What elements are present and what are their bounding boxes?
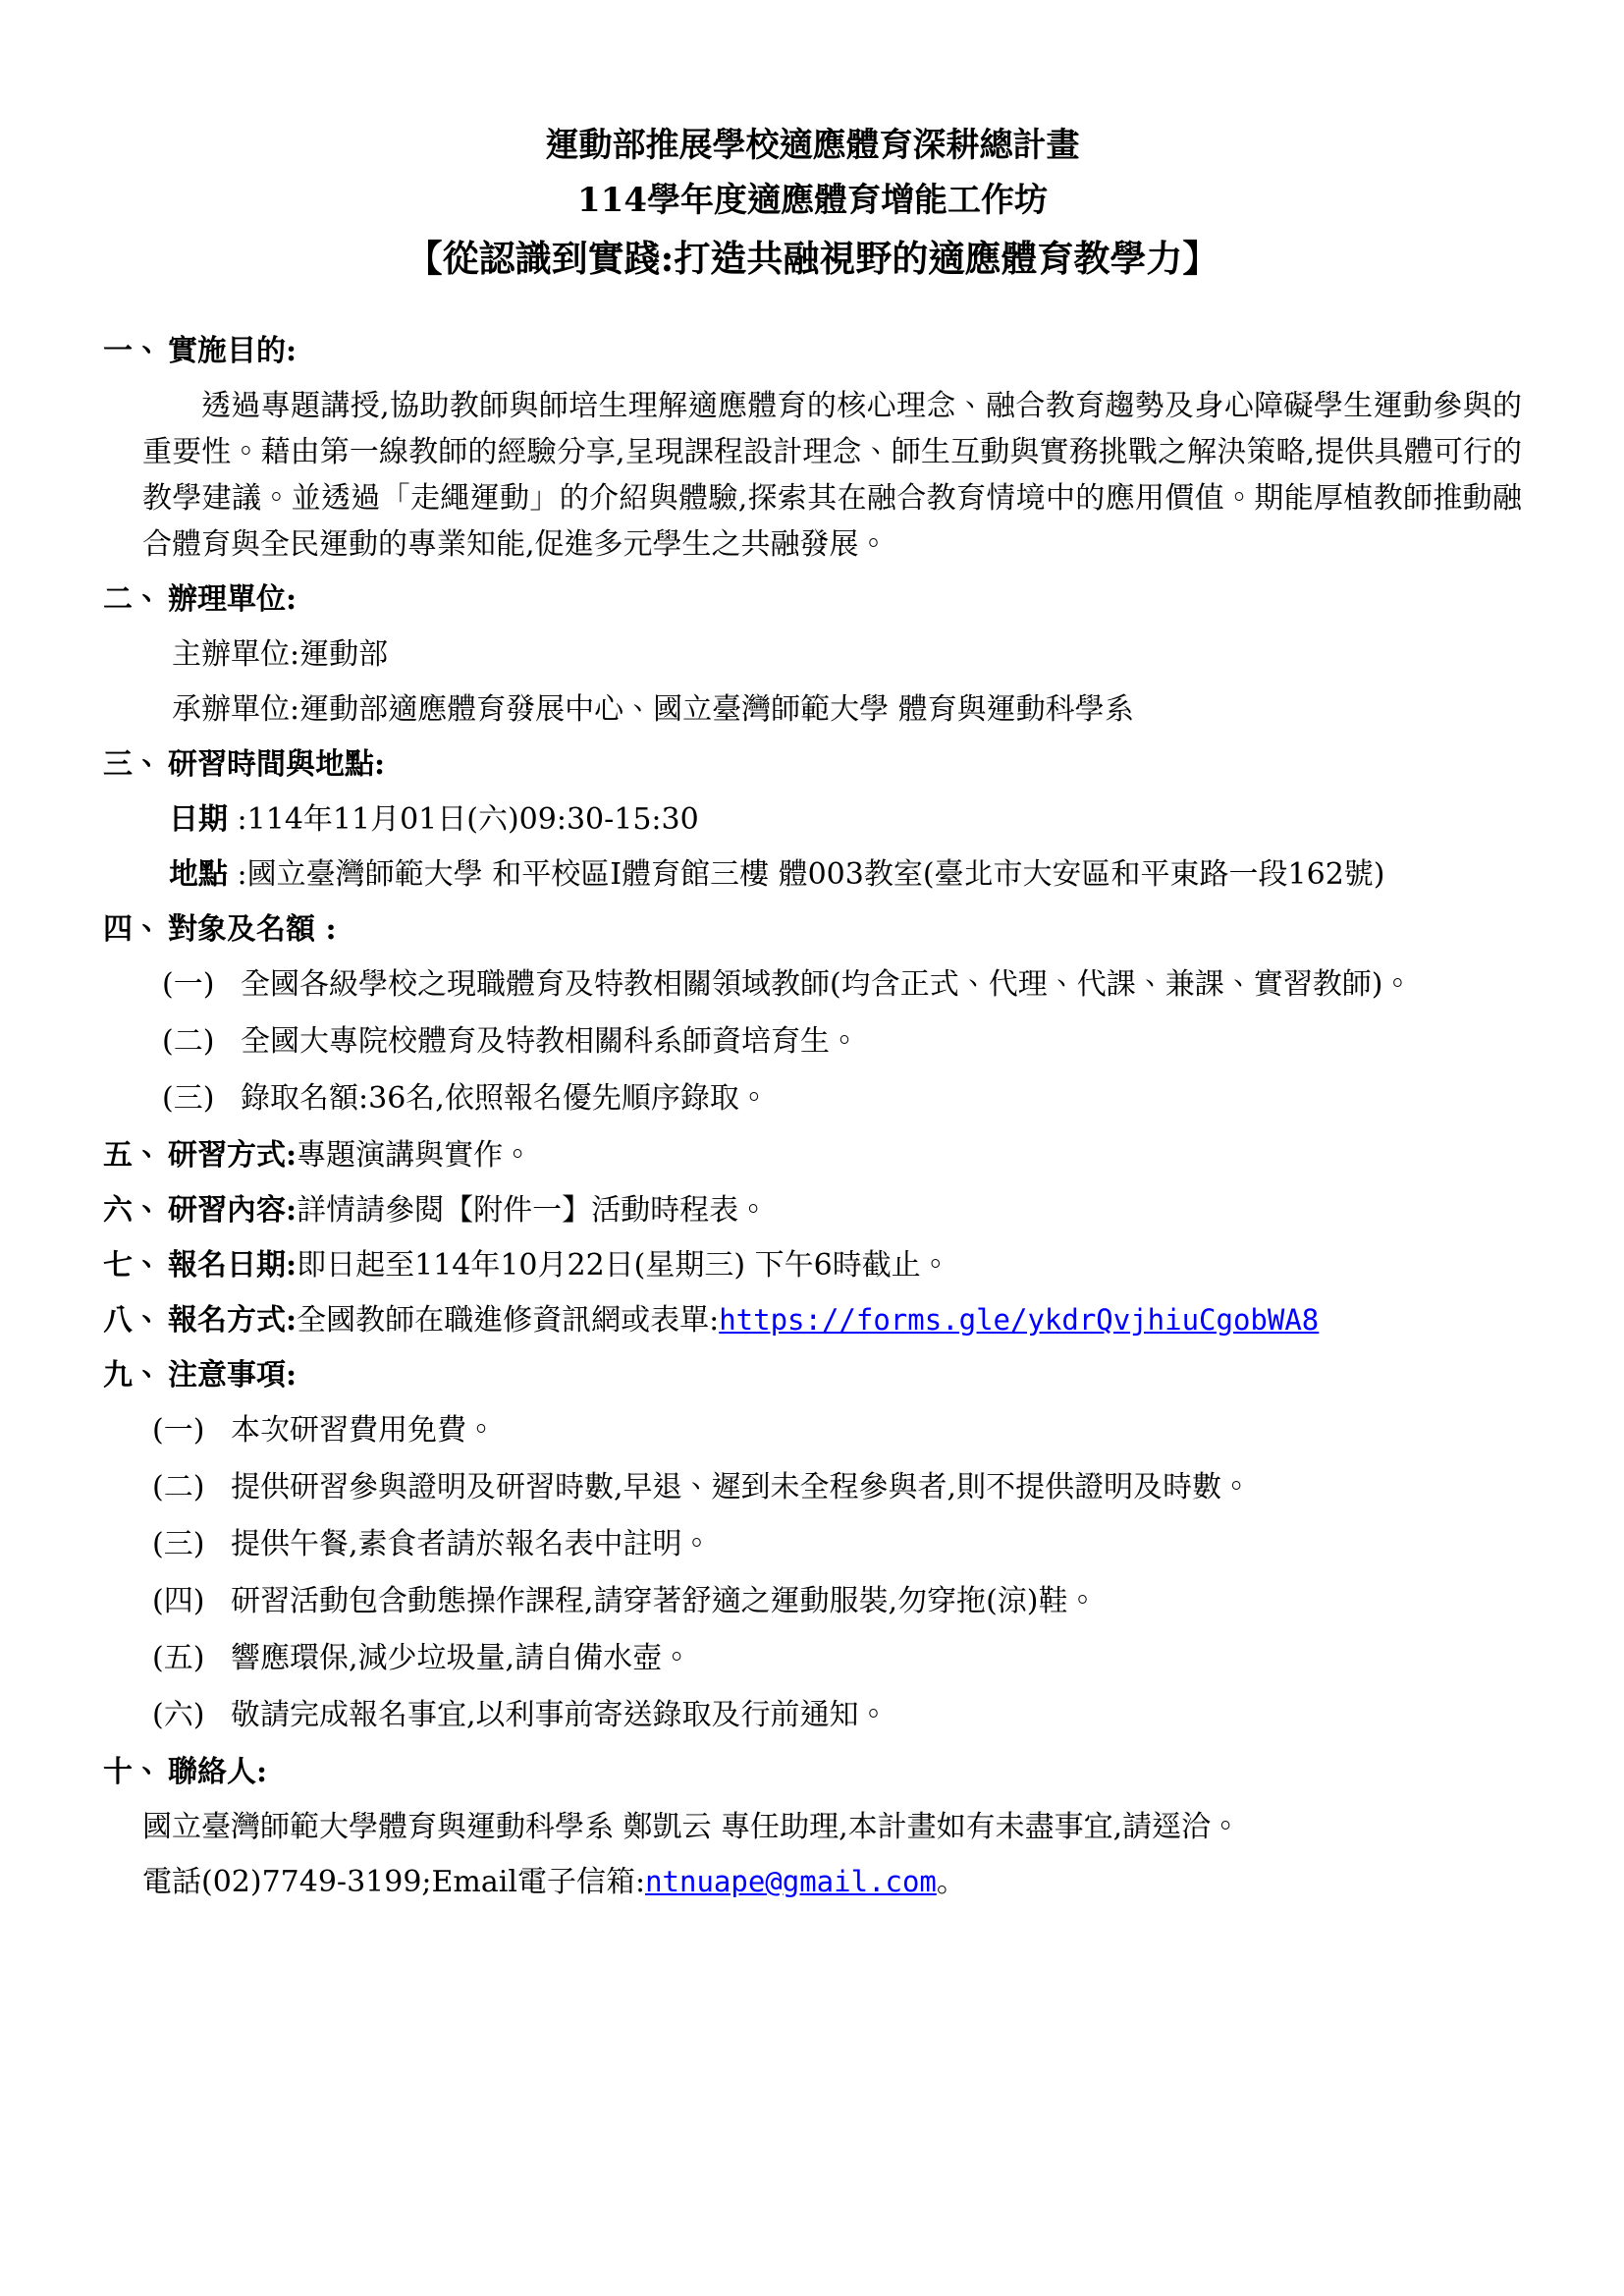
section-1-heading-row: 一、 實施目的: — [103, 328, 1522, 374]
location-label: 地點 — [169, 857, 228, 892]
registration-form-link[interactable]: https://forms.gle/ykdrQvjhiuCgobWA8 — [719, 1303, 1319, 1337]
section-10-heading-row: 十、 聯絡人: — [103, 1749, 1522, 1795]
list-item-text: 本次研習費用免費。 — [231, 1407, 1522, 1453]
section-3-heading-row: 三、 研習時間與地點: — [103, 741, 1522, 788]
section-6-number: 六、 — [103, 1187, 168, 1233]
section-10-heading: 聯絡人: — [168, 1749, 267, 1795]
section-1-paragraph: 透過專題講授,協助教師與師培生理解適應體育的核心理念、融合教育趨勢及身心障礙學生… — [142, 383, 1522, 568]
document-page: 運動部推展學校適應體育深耕總計畫 114學年度適應體育增能工作坊 【從認識到實踐… — [0, 0, 1624, 2296]
document-title-block: 運動部推展學校適應體育深耕總計畫 114學年度適應體育增能工作坊 【從認識到實踐… — [103, 118, 1522, 289]
section-10-number: 十、 — [103, 1749, 168, 1795]
section-9-heading-row: 九、 注意事項: — [103, 1352, 1522, 1398]
section-4-heading: 對象及名額 : — [168, 906, 337, 953]
location-value: :國立臺灣師範大學 和平校區I體育館三樓 體003教室(臺北市大安區和平東路一段… — [238, 857, 1385, 892]
section-3-heading: 研習時間與地點: — [168, 741, 385, 788]
list-item-text: 全國大專院校體育及特教相關科系師資培育生。 — [241, 1018, 1522, 1065]
section-4-heading-row: 四、 對象及名額 : — [103, 906, 1522, 953]
title-line-3: 【從認識到實踐:打造共融視野的適應體育教學力】 — [103, 228, 1522, 289]
section-5-row: 五、 研習方式:專題演講與實作。 — [103, 1132, 1522, 1178]
section-6-label: 研習內容: — [168, 1193, 297, 1228]
title-line-1: 運動部推展學校適應體育深耕總計畫 — [103, 118, 1522, 173]
section-7-content: 報名日期:即日起至114年10月22日(星期三) 下午6時截止。 — [168, 1242, 1522, 1288]
section-1-heading: 實施目的: — [168, 328, 297, 374]
organizer-unit-line: 承辦單位:運動部適應體育發展中心、國立臺灣師範大學 體育與運動科學系 — [172, 686, 1522, 733]
section-8-row: 八、 報名方式:全國教師在職進修資訊網或表單:https://forms.gle… — [103, 1297, 1522, 1343]
list-item-text: 全國各級學校之現職體育及特教相關領域教師(均含正式、代理、代課、兼課、實習教師)… — [241, 961, 1522, 1008]
section-4-number: 四、 — [103, 906, 168, 953]
section-6-row: 六、 研習內容:詳情請參閱【附件一】活動時程表。 — [103, 1187, 1522, 1233]
list-item-text: 提供午餐,素食者請於報名表中註明。 — [231, 1521, 1522, 1567]
section-5-number: 五、 — [103, 1132, 168, 1178]
section-2-heading: 辦理單位: — [168, 576, 297, 623]
list-item: (一) 本次研習費用免費。 — [152, 1407, 1522, 1453]
list-item-text: 提供研習參與證明及研習時數,早退、遲到未全程參與者,則不提供證明及時數。 — [231, 1464, 1522, 1510]
section-9-heading: 注意事項: — [168, 1352, 297, 1398]
date-line: 日期 :114年11月01日(六)09:30-15:30 — [147, 796, 1522, 843]
list-item-text: 研習活動包含動態操作課程,請穿著舒適之運動服裝,勿穿拖(涼)鞋。 — [231, 1578, 1522, 1624]
date-label: 日期 — [169, 802, 228, 837]
section-3-number: 三、 — [103, 741, 168, 788]
list-item: (六) 敬請完成報名事宜,以利事前寄送錄取及行前通知。 — [152, 1692, 1522, 1738]
section-8-content: 報名方式:全國教師在職進修資訊網或表單:https://forms.gle/yk… — [168, 1297, 1522, 1343]
list-item-text: 敬請完成報名事宜,以利事前寄送錄取及行前通知。 — [231, 1692, 1522, 1738]
section-8-text: 全國教師在職進修資訊網或表單: — [297, 1303, 719, 1338]
section-8-label: 報名方式: — [168, 1303, 297, 1338]
date-value: :114年11月01日(六)09:30-15:30 — [238, 802, 699, 837]
list-item: (二) 提供研習參與證明及研習時數,早退、遲到未全程參與者,則不提供證明及時數。 — [152, 1464, 1522, 1510]
list-item-text: 錄取名額:36名,依照報名優先順序錄取。 — [241, 1075, 1522, 1121]
list-item-label: (六) — [152, 1692, 231, 1738]
contact-person-line: 國立臺灣師範大學體育與運動科學系 鄭凱云 專任助理,本計畫如有未盡事宜,請逕洽。 — [142, 1804, 1522, 1850]
list-item: (二) 全國大專院校體育及特教相關科系師資培育生。 — [162, 1018, 1522, 1065]
section-5-content: 研習方式:專題演講與實作。 — [168, 1132, 1522, 1178]
section-6-content: 研習內容:詳情請參閱【附件一】活動時程表。 — [168, 1187, 1522, 1233]
section-7-row: 七、 報名日期:即日起至114年10月22日(星期三) 下午6時截止。 — [103, 1242, 1522, 1288]
list-item: (三) 提供午餐,素食者請於報名表中註明。 — [152, 1521, 1522, 1567]
location-line: 地點 :國立臺灣師範大學 和平校區I體育館三樓 體003教室(臺北市大安區和平東… — [147, 851, 1522, 898]
section-5-text: 專題演講與實作。 — [297, 1138, 532, 1173]
host-unit-line: 主辦單位:運動部 — [172, 631, 1522, 678]
section-8-number: 八、 — [103, 1297, 168, 1343]
list-item-label: (一) — [162, 961, 241, 1008]
list-item-label: (五) — [152, 1635, 231, 1681]
list-item: (四) 研習活動包含動態操作課程,請穿著舒適之運動服裝,勿穿拖(涼)鞋。 — [152, 1578, 1522, 1624]
list-item: (五) 響應環保,減少垃圾量,請自備水壺。 — [152, 1635, 1522, 1681]
title-line-2: 114學年度適應體育增能工作坊 — [103, 173, 1522, 228]
list-item-label: (二) — [162, 1018, 241, 1065]
list-item-label: (四) — [152, 1578, 231, 1624]
section-7-label: 報名日期: — [168, 1248, 297, 1283]
section-7-number: 七、 — [103, 1242, 168, 1288]
list-item-label: (一) — [152, 1407, 231, 1453]
section-2-number: 二、 — [103, 576, 168, 623]
contact-phone-line: 電話(02)7749-3199;Email電子信箱:ntnuape@gmail.… — [142, 1859, 1522, 1905]
list-item-text: 響應環保,減少垃圾量,請自備水壺。 — [231, 1635, 1522, 1681]
list-item: (三) 錄取名額:36名,依照報名優先順序錄取。 — [162, 1075, 1522, 1121]
section-7-text: 即日起至114年10月22日(星期三) 下午6時截止。 — [297, 1248, 950, 1283]
list-item-label: (三) — [152, 1521, 231, 1567]
section-9-number: 九、 — [103, 1352, 168, 1398]
phone-line-period: 。 — [937, 1865, 966, 1899]
list-item-label: (二) — [152, 1464, 231, 1510]
phone-text: 電話(02)7749-3199;Email電子信箱: — [142, 1865, 645, 1899]
section-1-number: 一、 — [103, 328, 168, 374]
list-item: (一) 全國各級學校之現職體育及特教相關領域教師(均含正式、代理、代課、兼課、實… — [162, 961, 1522, 1008]
list-item-label: (三) — [162, 1075, 241, 1121]
section-5-label: 研習方式: — [168, 1138, 297, 1173]
section-6-text: 詳情請參閱【附件一】活動時程表。 — [297, 1193, 768, 1228]
section-2-heading-row: 二、 辦理單位: — [103, 576, 1522, 623]
contact-email-link[interactable]: ntnuape@gmail.com — [645, 1865, 937, 1898]
